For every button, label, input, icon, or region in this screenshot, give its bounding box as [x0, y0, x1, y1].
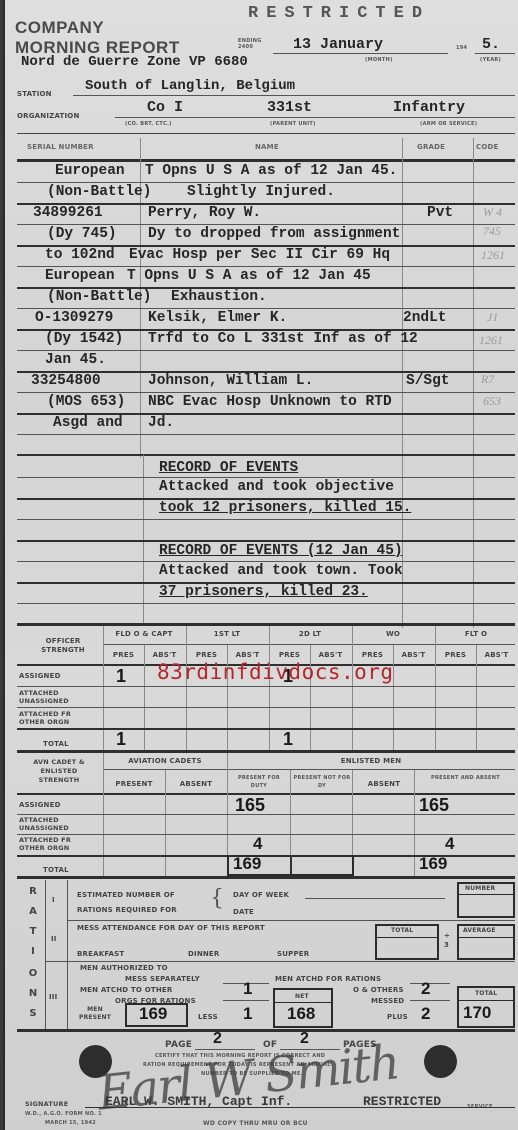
station-value: South of Langlin, Belgium [85, 78, 295, 94]
col-present-not-for-dy: PRESENT NOT FOR DY [292, 774, 352, 790]
roster-serial: O-1309279 [35, 310, 113, 326]
roster-code: J1 [487, 310, 498, 325]
row-total-label: TOTAL [43, 740, 69, 748]
row-assigned-label: ASSIGNED [19, 672, 61, 680]
section-iii-numeral: III [49, 993, 57, 1001]
roster-serial: (MOS 653) [47, 394, 125, 410]
atchd-other-label-1: MEN ATCHD TO OTHER [80, 986, 172, 994]
col-name: NAME [255, 143, 279, 151]
roster-code: R7 [481, 372, 494, 387]
present-for-duty-assigned: 165 [235, 795, 265, 816]
roster-name: T Opns U S A as of 12 Jan 45. [145, 163, 397, 179]
fld-o-capt-pres-assigned: 1 [116, 666, 126, 687]
rations-letter: S [28, 1008, 38, 1019]
watermark: 83rdinfdivdocs.org [157, 660, 394, 684]
roster-name: Jd. [148, 415, 174, 431]
sub-pres: PRES [103, 651, 144, 659]
page-value: 2 [213, 1030, 222, 1048]
enlisted-strength-title: AVN CADET & ENLISTED STRENGTH [19, 758, 99, 785]
sub-abst: ABS'T [476, 651, 517, 659]
punch-hole-right [424, 1045, 457, 1078]
roster-serial: European [45, 268, 115, 284]
group-flt-o: FLT O [435, 630, 517, 638]
roster-name: Exhaustion. [171, 289, 267, 305]
col-present-and-absent: PRESENT AND ABSENT [416, 774, 515, 782]
group-enlisted-men: ENLISTED MEN [227, 757, 515, 765]
present-for-duty-attached: 4 [253, 834, 262, 854]
roster-name: Kelsik, Elmer K. [148, 310, 287, 326]
sub-pres: PRES [186, 651, 227, 659]
rations-letter: N [28, 988, 38, 999]
supper-label: SUPPER [277, 950, 309, 958]
men-present-value: 169 [139, 1004, 167, 1024]
roster-name: NBC Evac Hosp Unknown to RTD [148, 394, 392, 410]
roster-name: Perry, Roy W. [148, 205, 261, 221]
location-line: Nord de Guerre Zone VP 6680 [21, 54, 248, 70]
org-sub-label-2: (PARENT UNIT) [270, 121, 316, 127]
roster-grade: 2ndLt [403, 310, 447, 326]
total-label: TOTAL [391, 927, 413, 934]
form-title-line1: COMPANY [15, 18, 104, 38]
group-2d-lt: 2D LT [269, 630, 351, 638]
year-label: (YEAR) [480, 57, 501, 63]
year-prefix: 194 [456, 45, 467, 51]
col-present-for-duty: PRESENT FOR DUTY [229, 774, 289, 790]
organization-unit: 331st [267, 99, 312, 116]
col-cadets-present: PRESENT [103, 780, 165, 788]
day-of-week-label: DAY OF WEEK [233, 891, 289, 899]
2d-lt-pres-total: 1 [283, 729, 293, 750]
net-value: 168 [287, 1004, 315, 1024]
group-wo: WO [352, 630, 434, 638]
men-present-label: MEN PRESENT [75, 1006, 115, 1022]
men-atchd-for-rations-label: MEN ATCHD FOR RATIONS [275, 975, 381, 983]
roster-serial: (Dy 745) [47, 226, 117, 242]
col-serial-number: SERIAL NUMBER [27, 143, 94, 151]
number-label: NUMBER [465, 885, 495, 892]
rations-letter: O [28, 968, 38, 979]
row-attached-fr-other-label: ATTACHED FR OTHER ORGN [19, 710, 99, 726]
event-line: took 12 prisoners, killed 15. [159, 500, 411, 516]
group-1st-lt: 1ST LT [186, 630, 268, 638]
station-label: STATION [17, 90, 52, 98]
mess-separately-label-2: MESS SEPARATELY [125, 975, 200, 983]
plus-label: PLUS [387, 1013, 408, 1021]
roster-serial: 34899261 [33, 205, 103, 221]
organization-company: Co I [147, 99, 183, 116]
less-label: LESS [198, 1013, 218, 1021]
present-and-absent-assigned: 165 [419, 795, 449, 816]
others-value: 2 [421, 979, 430, 999]
roster-serial: Jan 45. [45, 352, 106, 368]
rations-letter: I [28, 946, 38, 957]
sub-pres: PRES [435, 651, 476, 659]
group-aviation-cadets: AVIATION CADETS [103, 757, 227, 765]
average-label: AVERAGE [463, 927, 496, 934]
roster-serial: (Non-Battle) [47, 184, 151, 200]
bottom-note: WD COPY THRU MRU OR BCU [203, 1120, 308, 1127]
roster-code: 653 [483, 394, 501, 409]
section-i-label-1: ESTIMATED NUMBER OF [77, 891, 175, 899]
group-fld-o-capt: FLD O & CAPT [103, 630, 185, 638]
fld-o-capt-pres-total: 1 [116, 729, 126, 750]
row-attached-unassigned-label: ATTACHED UNASSIGNED [19, 689, 99, 705]
divide-by-three: ÷ 3 [444, 932, 452, 950]
org-sub-label-1: (CO. BRT. CTC.) [125, 121, 172, 127]
roster-serial: Asgd and [53, 415, 123, 431]
signature-label: SIGNATURE [25, 1100, 68, 1108]
rations-total-value: 170 [463, 1003, 491, 1023]
col-code: CODE [476, 143, 498, 151]
sub-abst: ABS'T [310, 651, 351, 659]
present-for-duty-total: 169 [233, 854, 261, 874]
brace-icon: { [210, 886, 224, 911]
present-and-absent-total: 169 [419, 854, 447, 874]
roster-code: W 4 [483, 205, 502, 220]
sub-abst: ABS'T [393, 651, 434, 659]
rations-letter: R [28, 886, 38, 897]
event-title: RECORD OF EVENTS [159, 460, 298, 476]
roster-code: 1261 [481, 248, 505, 263]
roster-serial: European [55, 163, 125, 179]
others-label-2: MESSED [371, 997, 404, 1005]
ending-label: ENDING 2400 [238, 38, 268, 50]
rations-total-label: TOTAL [475, 990, 497, 997]
sub-pres: PRES [269, 651, 310, 659]
row-total-label: TOTAL [43, 866, 69, 874]
dinner-label: DINNER [188, 950, 220, 958]
roster-name: Dy to dropped from assignment [148, 226, 400, 242]
plus-value: 2 [421, 1004, 430, 1024]
less-value: 1 [243, 1004, 252, 1024]
roster-name: Trfd to Co L 331st Inf as of 12 [148, 331, 418, 347]
event-line: 37 prisoners, killed 23. [159, 584, 368, 600]
section-ii-label: MESS ATTENDANCE FOR DAY OF THIS REPORT [77, 924, 265, 932]
event-title: RECORD OF EVENTS (12 Jan 45) [159, 543, 403, 559]
roster-serial: to 102nd [45, 247, 115, 263]
event-line: Attacked and took town. Took [159, 563, 403, 579]
section-ii-numeral: II [51, 935, 57, 943]
roster-serial: (Non-Battle) [47, 289, 151, 305]
mess-separately-label-1: MEN AUTHORIZED TO [80, 964, 168, 972]
form-date: MARCH 15, 1942 [45, 1120, 96, 1126]
roster-grade: S/Sgt [406, 373, 450, 389]
sub-abst: ABS'T [144, 651, 185, 659]
officer-strength-title: OFFICER STRENGTH [33, 637, 93, 655]
ending-date: 13 January [293, 36, 383, 53]
breakfast-label: BREAKFAST [77, 950, 124, 958]
event-line: Attacked and took objective [159, 479, 394, 495]
rations-letter: A [28, 906, 38, 917]
roster-code: 1261 [479, 333, 503, 348]
roster-name: T Opns U S A as of 12 Jan 45 [127, 268, 371, 284]
organization-branch: Infantry [393, 99, 465, 116]
month-label: (MONTH) [365, 57, 393, 63]
roster-grade: Pvt [427, 205, 453, 221]
organization-label: ORGANIZATION [17, 112, 80, 120]
sub-pres: PRES [352, 651, 393, 659]
sub-abst: ABS'T [227, 651, 268, 659]
present-and-absent-attached: 4 [445, 834, 454, 854]
atchd-other-value: 1 [243, 979, 252, 999]
roster-name: Slightly Injured. [187, 184, 335, 200]
year-value: 5. [482, 36, 500, 53]
section-i-numeral: I [52, 896, 55, 904]
roster-serial: (Dy 1542) [45, 331, 123, 347]
col-grade: GRADE [417, 143, 445, 151]
net-label: NET [295, 993, 309, 1000]
form-number: W.D., A.G.O. FORM NO. 1 [25, 1111, 102, 1117]
page-label: PAGE [165, 1040, 192, 1050]
roster-serial: 33254800 [31, 373, 101, 389]
rations-letter: T [28, 926, 38, 937]
row-assigned-label: ASSIGNED [19, 801, 61, 809]
date-label: DATE [233, 908, 254, 916]
others-label-1: O & OTHERS [353, 986, 404, 994]
row-attached-unassigned-label: ATTACHED UNASSIGNED [19, 816, 99, 832]
section-i-label-2: RATIONS REQUIRED FOR [77, 906, 177, 914]
roster-code: 745 [483, 224, 501, 239]
row-attached-fr-other-label: ATTACHED FR OTHER ORGN [19, 836, 99, 852]
col-enlisted-absent: ABSENT [354, 780, 414, 788]
col-cadets-absent: ABSENT [165, 780, 227, 788]
morning-report-form: RESTRICTED COMPANY MORNING REPORT ENDING… [3, 0, 518, 1130]
org-sub-label-3: (ARM OR SERVICE) [420, 121, 477, 127]
roster-name: Johnson, William L. [148, 373, 313, 389]
classification-stamp: RESTRICTED [248, 4, 430, 23]
roster-name: Evac Hosp per Sec II Cir 69 Hq [129, 247, 390, 263]
